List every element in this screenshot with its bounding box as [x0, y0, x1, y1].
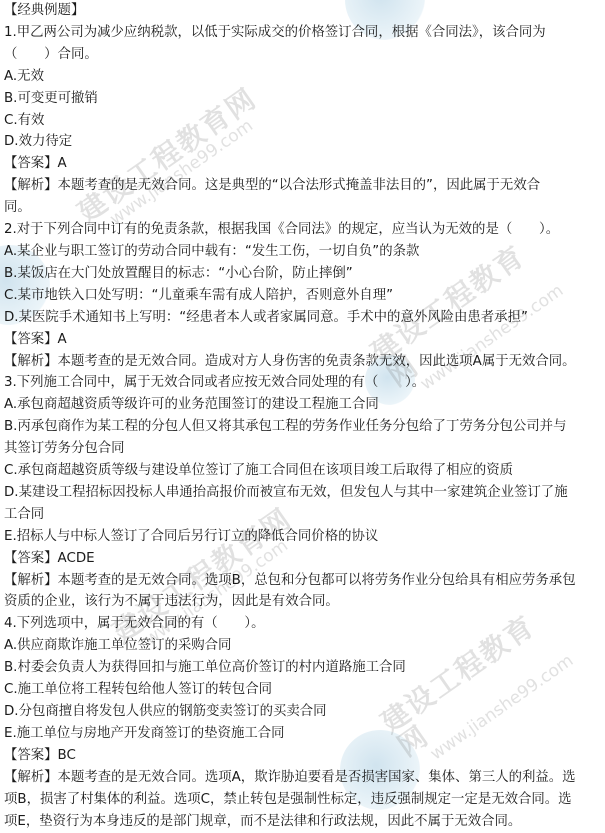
- option: D.某医院手术通知书上写明：“经患者本人或者家属同意。手术中的意外风险由患者承担…: [4, 307, 604, 329]
- answer: 【答案】BC: [4, 745, 604, 767]
- question-stem: 1.甲乙两公司为减少应纳税款，以低于实际成交的价格签订合同，根据《合同法》，该合…: [4, 22, 604, 44]
- analysis: 项B，损害了村集体的利益。选项C，禁止转包是强制性标定，违反强制规定一定是无效合…: [4, 789, 604, 811]
- question-1: 1.甲乙两公司为减少应纳税款，以低于实际成交的价格签订合同，根据《合同法》，该合…: [4, 22, 604, 219]
- option: A.供应商欺诈施工单位签订的采购合同: [4, 635, 604, 657]
- analysis: 项E，垫资行为本身违反的是部门规章，而不是法律和行政法规，因此不属于无效合同。: [4, 811, 604, 833]
- option: D.某建设工程招标因投标人串通抬高报价而被宣布无效，但发包人与其中一家建筑企业签…: [4, 482, 604, 504]
- question-stem: （ ）合同。: [4, 44, 604, 66]
- option: A.无效: [4, 66, 604, 88]
- question-2: 2.对于下列合同中订有的免责条款，根据我国《合同法》的规定，应当认为无效的是（ …: [4, 219, 604, 372]
- question-4: 4.下列选项中，属于无效合同的有（ ）。 A.供应商欺诈施工单位签订的采购合同 …: [4, 613, 604, 832]
- analysis: 资质的企业，该行为不属于违法行为，因此是有效合同。: [4, 591, 604, 613]
- option: B.村委会负责人为获得回扣与施工单位高价签订的村内道路施工合同: [4, 657, 604, 679]
- question-3: 3.下列施工合同中，属于无效合同或者应按无效合同处理的有（ ）。 A.承包商超越…: [4, 372, 604, 613]
- analysis: 【解析】本题考查的是无效合同。选项B，总包和分包都可以将劳务作业分包给具有相应劳…: [4, 570, 604, 592]
- analysis: 【解析】本题考查的是无效合同。这是典型的“以合法形式掩盖非法目的”，因此属于无效…: [4, 175, 604, 197]
- option: C.承包商超越资质等级与建设单位签订了施工合同但在该项目竣工后取得了相应的资质: [4, 460, 604, 482]
- answer: 【答案】A: [4, 329, 604, 351]
- option: A.承包商超越资质等级许可的业务范围签订的建设工程施工合同: [4, 394, 604, 416]
- option: C.某市地铁入口处写明：“儿童乘车需有成人陪护，否则意外自理”: [4, 285, 604, 307]
- analysis: 同。: [4, 197, 604, 219]
- option: C.有效: [4, 110, 604, 132]
- answer: 【答案】A: [4, 153, 604, 175]
- analysis: 【解析】本题考查的是无效合同。造成对方人身伤害的免责条款无效，因此选项A属于无效…: [4, 351, 604, 373]
- document-body: 【经典例题】 1.甲乙两公司为减少应纳税款，以低于实际成交的价格签订合同，根据《…: [4, 0, 604, 832]
- option: 其签订劳务分包合同: [4, 438, 604, 460]
- question-stem: 4.下列选项中，属于无效合同的有（ ）。: [4, 613, 604, 635]
- option: 工合同: [4, 504, 604, 526]
- analysis: 【解析】本题考查的是无效合同。选项A，欺诈胁迫要看是否损害国家、集体、第三人的利…: [4, 767, 604, 789]
- section-title: 【经典例题】: [4, 0, 604, 22]
- option: B.某饭店在大门处放置醒目的标志：“小心台阶，防止摔倒”: [4, 263, 604, 285]
- answer: 【答案】ACDE: [4, 548, 604, 570]
- option: A.某企业与职工签订的劳动合同中载有：“发生工伤，一切自负”的条款: [4, 241, 604, 263]
- option: E.招标人与中标人签订了合同后另行订立的降低合同价格的协议: [4, 526, 604, 548]
- option: D.效力待定: [4, 131, 604, 153]
- option: C.施工单位将工程转包给他人签订的转包合同: [4, 679, 604, 701]
- option: B.可变更可撤销: [4, 88, 604, 110]
- option: B.丙承包商作为某工程的分包人但又将其承包工程的劳务作业任务分包给了丁劳务分包公…: [4, 416, 604, 438]
- option: D.分包商擅自将发包人供应的钢筋变卖签订的买卖合同: [4, 701, 604, 723]
- option: E.施工单位与房地产开发商签订的垫资施工合同: [4, 723, 604, 745]
- question-stem: 3.下列施工合同中，属于无效合同或者应按无效合同处理的有（ ）。: [4, 372, 604, 394]
- question-stem: 2.对于下列合同中订有的免责条款，根据我国《合同法》的规定，应当认为无效的是（ …: [4, 219, 604, 241]
